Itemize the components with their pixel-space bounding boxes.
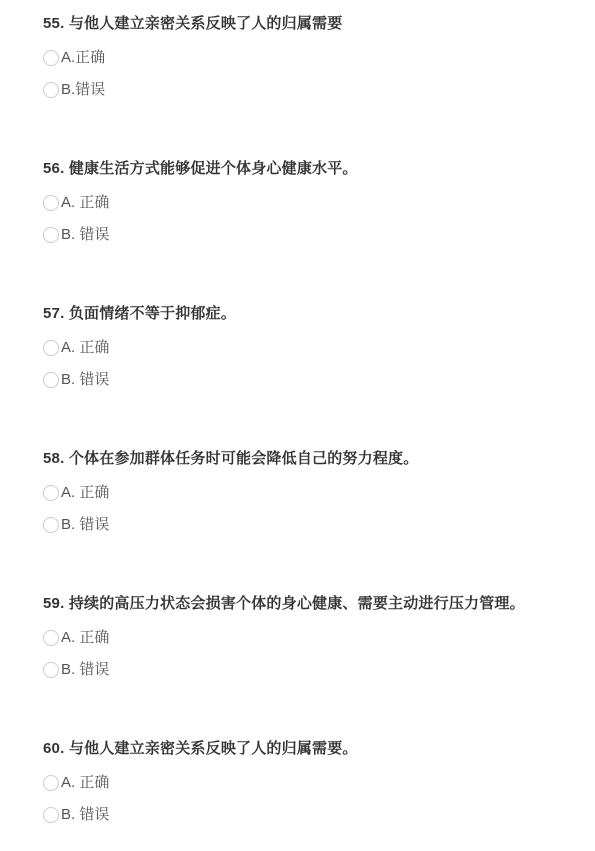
radio-button-icon[interactable] [43,775,59,791]
option-label: B. 错误 [61,371,109,388]
question-58-option-b[interactable]: B. 错误 [43,516,565,533]
question-59: 59. 持续的高压力状态会损害个体的身心健康、需要主动进行压力管理。 A. 正确… [43,593,565,678]
question-60: 60. 与他人建立亲密关系反映了人的归属需要。 A. 正确 B. 错误 [43,738,565,823]
option-label: A. 正确 [61,484,109,501]
question-title: 60. 与他人建立亲密关系反映了人的归属需要。 [43,738,565,760]
option-label: B. 错误 [61,661,109,678]
option-label: A. 正确 [61,194,109,211]
radio-button-icon[interactable] [43,630,59,646]
question-58: 58. 个体在参加群体任务时可能会降低自己的努力程度。 A. 正确 B. 错误 [43,448,565,533]
question-56: 56. 健康生活方式能够促进个体身心健康水平。 A. 正确 B. 错误 [43,158,565,243]
question-title: 58. 个体在参加群体任务时可能会降低自己的努力程度。 [43,448,565,470]
option-label: A. 正确 [61,774,109,791]
question-58-option-a[interactable]: A. 正确 [43,484,565,501]
radio-button-icon[interactable] [43,517,59,533]
question-title: 59. 持续的高压力状态会损害个体的身心健康、需要主动进行压力管理。 [43,593,565,615]
radio-button-icon[interactable] [43,50,59,66]
question-59-option-b[interactable]: B. 错误 [43,661,565,678]
option-label: B. 错误 [61,516,109,533]
question-55-option-b[interactable]: B.错误 [43,81,565,98]
question-56-option-a[interactable]: A. 正确 [43,194,565,211]
question-57: 57. 负面情绪不等于抑郁症。 A. 正确 B. 错误 [43,303,565,388]
radio-button-icon[interactable] [43,485,59,501]
radio-button-icon[interactable] [43,662,59,678]
quiz-question-list: 55. 与他人建立亲密关系反映了人的归属需要 A.正确 B.错误 56. 健康生… [0,0,595,823]
option-label: A. 正确 [61,629,109,646]
option-label: B. 错误 [61,806,109,823]
question-55: 55. 与他人建立亲密关系反映了人的归属需要 A.正确 B.错误 [43,13,565,98]
question-60-option-b[interactable]: B. 错误 [43,806,565,823]
option-label: A. 正确 [61,339,109,356]
question-56-option-b[interactable]: B. 错误 [43,226,565,243]
question-55-option-a[interactable]: A.正确 [43,49,565,66]
question-title: 55. 与他人建立亲密关系反映了人的归属需要 [43,13,565,35]
radio-button-icon[interactable] [43,340,59,356]
question-59-option-a[interactable]: A. 正确 [43,629,565,646]
radio-button-icon[interactable] [43,227,59,243]
option-label: A.正确 [61,49,105,66]
radio-button-icon[interactable] [43,82,59,98]
question-60-option-a[interactable]: A. 正确 [43,774,565,791]
question-57-option-a[interactable]: A. 正确 [43,339,565,356]
option-label: B.错误 [61,81,105,98]
question-57-option-b[interactable]: B. 错误 [43,371,565,388]
option-label: B. 错误 [61,226,109,243]
radio-button-icon[interactable] [43,195,59,211]
radio-button-icon[interactable] [43,372,59,388]
question-title: 57. 负面情绪不等于抑郁症。 [43,303,565,325]
radio-button-icon[interactable] [43,807,59,823]
question-title: 56. 健康生活方式能够促进个体身心健康水平。 [43,158,565,180]
